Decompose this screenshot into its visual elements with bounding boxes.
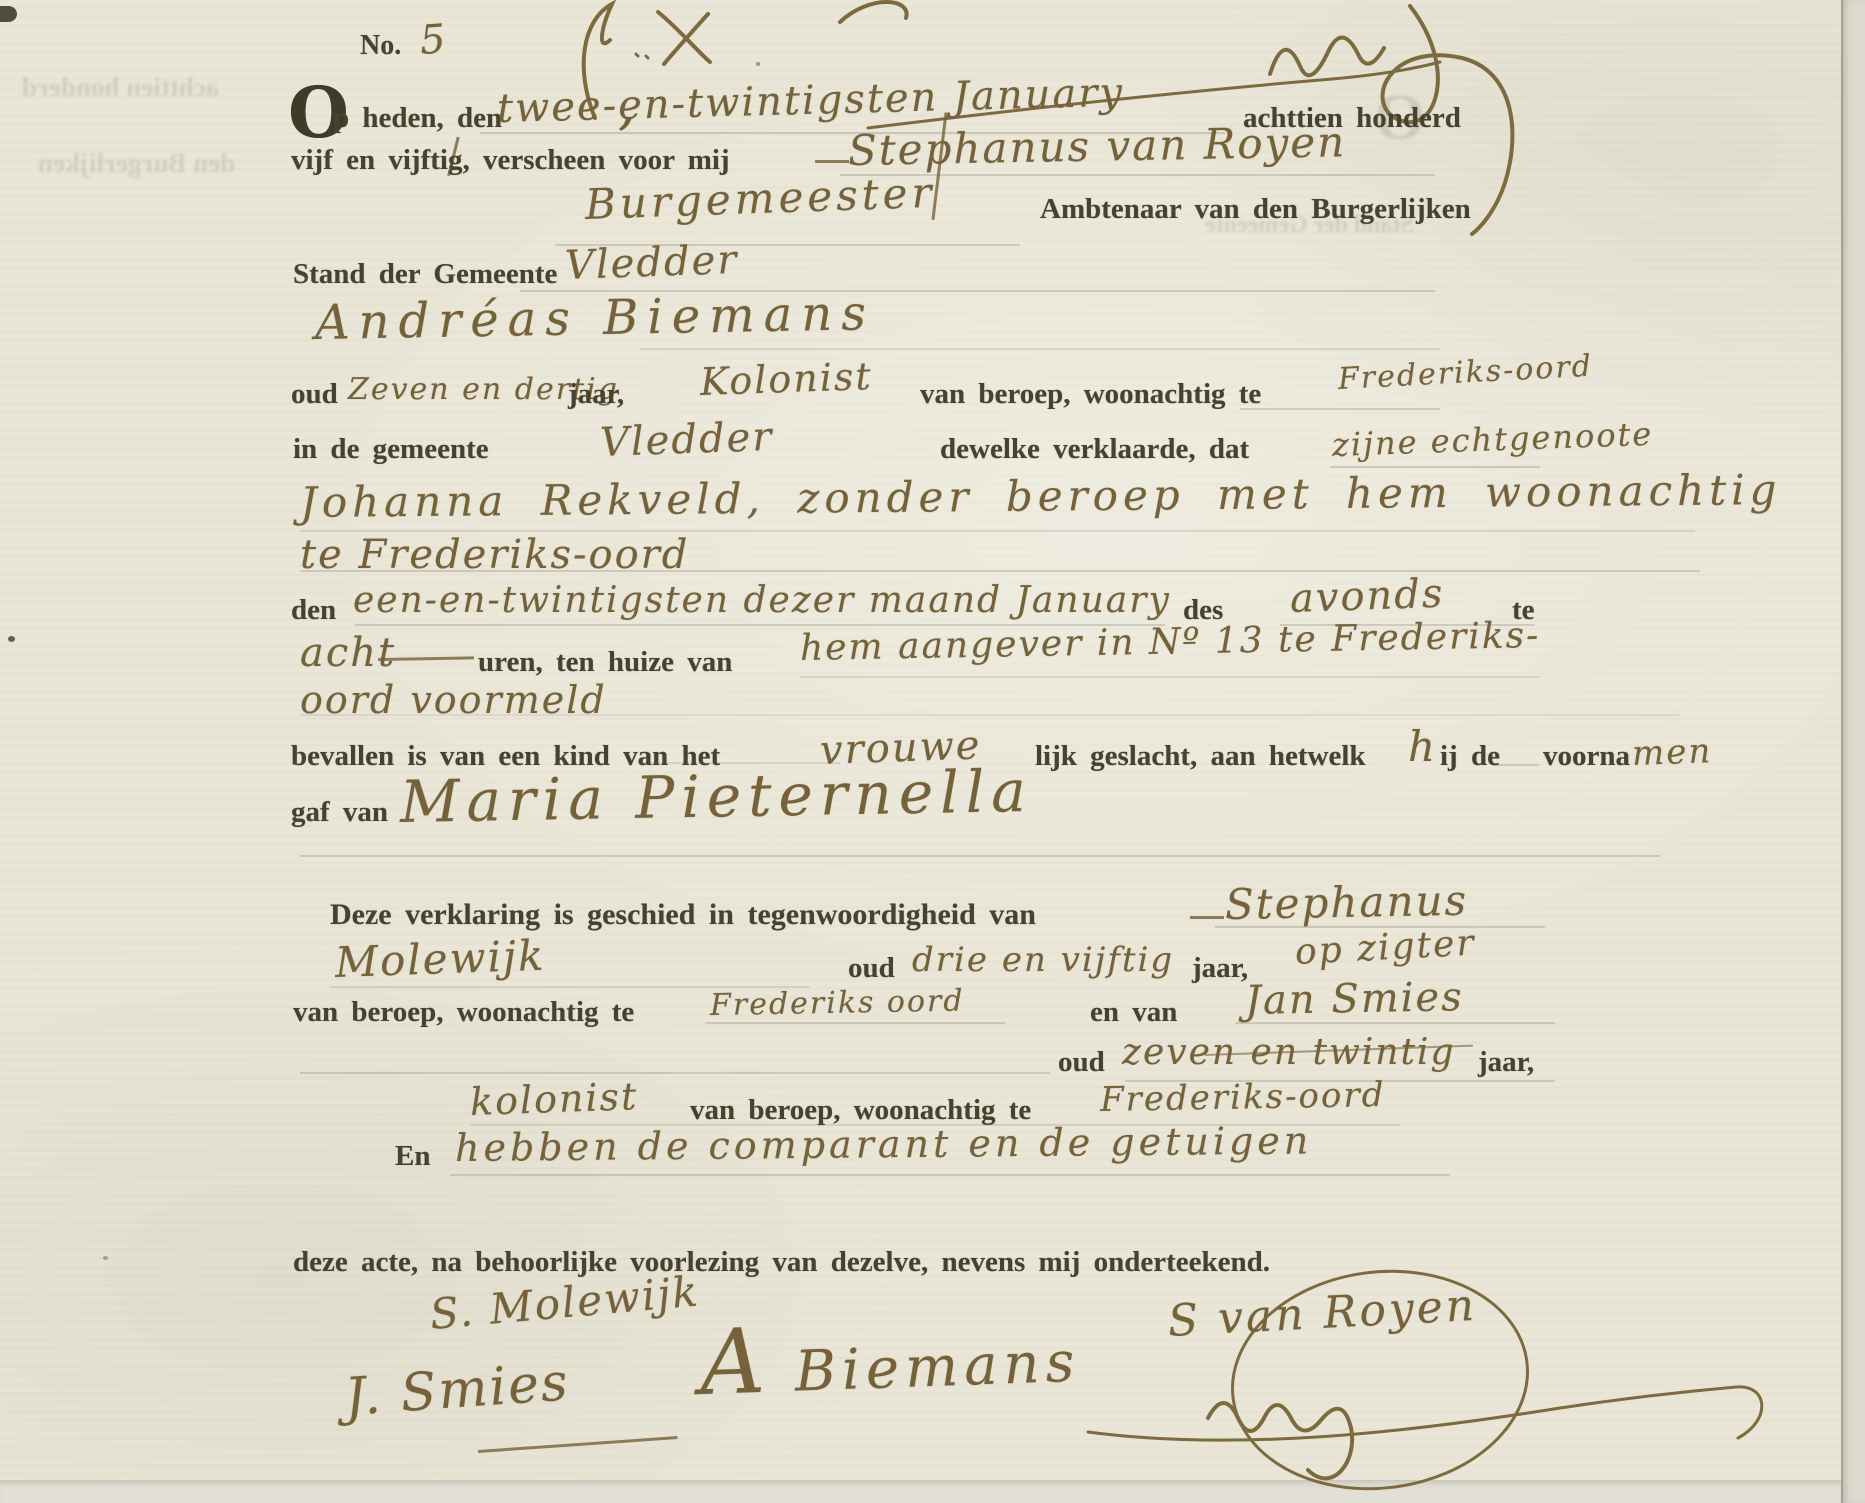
printed-den: den (291, 594, 336, 627)
bleedthrough-text: den Burgerlijken (38, 148, 235, 179)
written-witness2-place: Frederiks-oord (1100, 1075, 1386, 1120)
printed-ij-de: ij de (1440, 740, 1500, 773)
printed-en-hebben: En (395, 1140, 430, 1173)
written-hij-h: h (1408, 722, 1437, 771)
printed-voorna: voorna (1543, 740, 1630, 773)
printed-oud-2: oud (848, 952, 895, 985)
printed-ambtenaar: Ambtenaar van den Burgerlijken (1040, 193, 1471, 226)
written-witness2-profession: kolonist (469, 1074, 639, 1124)
printed-dewelke: dewelke verklaarde, dat (940, 433, 1249, 466)
signature-underline (478, 1436, 678, 1453)
written-declarant-profession: Kolonist (699, 354, 873, 404)
printed-oud-3: oud (1058, 1046, 1105, 1079)
printed-oud-1: oud (291, 378, 338, 411)
ink-speck (103, 1256, 108, 1260)
written-witness2-name: Jan Smies (1245, 974, 1464, 1024)
written-birth-daypart: avonds (1289, 571, 1445, 622)
written-gemeente-name-2: Vledder (599, 414, 774, 466)
written-declarant-name: Andréas Biemans (315, 285, 876, 351)
printed-jaar-3: jaar, (1478, 1046, 1534, 1079)
printed-vijf-en-vijftig: vijf en vijftig, verscheen voor mij (291, 144, 730, 177)
printed-jaar-2: jaar, (1192, 952, 1248, 985)
signature-witness2: J. Smies (343, 1352, 572, 1428)
written-witness1-place: Frederiks oord (710, 984, 965, 1023)
printed-gaf-van: gaf van (291, 796, 388, 829)
written-echtgenoote: zijne echtgenoote (1331, 415, 1654, 464)
written-witness1-profession: op zigter (1294, 923, 1477, 973)
printed-beroep-1: van beroep, woonachtig te (920, 378, 1261, 411)
pen-dash (815, 160, 849, 163)
pen-dash (1190, 916, 1224, 919)
act-number-label: No. (360, 30, 401, 62)
bleedthrough-text: achttien honderd (22, 72, 219, 103)
pen-dash (378, 656, 474, 660)
printed-uren: uren, ten huize van (478, 646, 732, 679)
ink-smudge (0, 6, 17, 22)
page-right-edge (1841, 0, 1865, 1503)
written-birth-hour: acht (300, 630, 396, 676)
written-mother-name: Johanna Rekveld, zonder beroep met hem w… (300, 465, 1782, 527)
birth-record-page: achttien honderd den Burgerlijken O Stan… (0, 0, 1865, 1503)
printed-deze-verklaring: Deze verklaring is geschied in tegenwoor… (330, 898, 1036, 932)
written-declarant-place: Frederiks-oord (1337, 349, 1594, 397)
ink-speck (8, 636, 15, 642)
written-child-name: Maria Pieternella (399, 757, 1033, 836)
printed-beroep-2: van beroep, woonachtig te (293, 996, 634, 1029)
printed-jaar-1: jaar, (568, 378, 624, 411)
written-voorna-men: men (1631, 731, 1713, 774)
printed-en-van: en van (1090, 996, 1177, 1029)
printed-stand-gemeente: Stand der Gemeente (293, 258, 557, 291)
written-birth-day: een-en-twintigsten dezer maand January (353, 580, 1171, 621)
printed-lijk-geslacht: lijk geslacht, aan hetwelk (1035, 740, 1366, 773)
written-gemeente-name: Vledder (564, 237, 739, 289)
act-number-value: 5 (418, 16, 449, 64)
signature-declarant: A Biemans (698, 1299, 1081, 1416)
printed-in-de-gemeente: in de gemeente (293, 433, 489, 466)
written-witness1-firstname: Stephanus (1225, 876, 1469, 929)
written-witness1-lastname: Molewijk (334, 931, 546, 987)
written-witness1-age: drie en vijftig (912, 940, 1174, 980)
printed-op-heden: p heden, den (333, 102, 502, 135)
written-official-name: Stephanus van Royen (848, 117, 1347, 175)
written-closing: hebben de comparant en de getuigen (455, 1119, 1313, 1170)
